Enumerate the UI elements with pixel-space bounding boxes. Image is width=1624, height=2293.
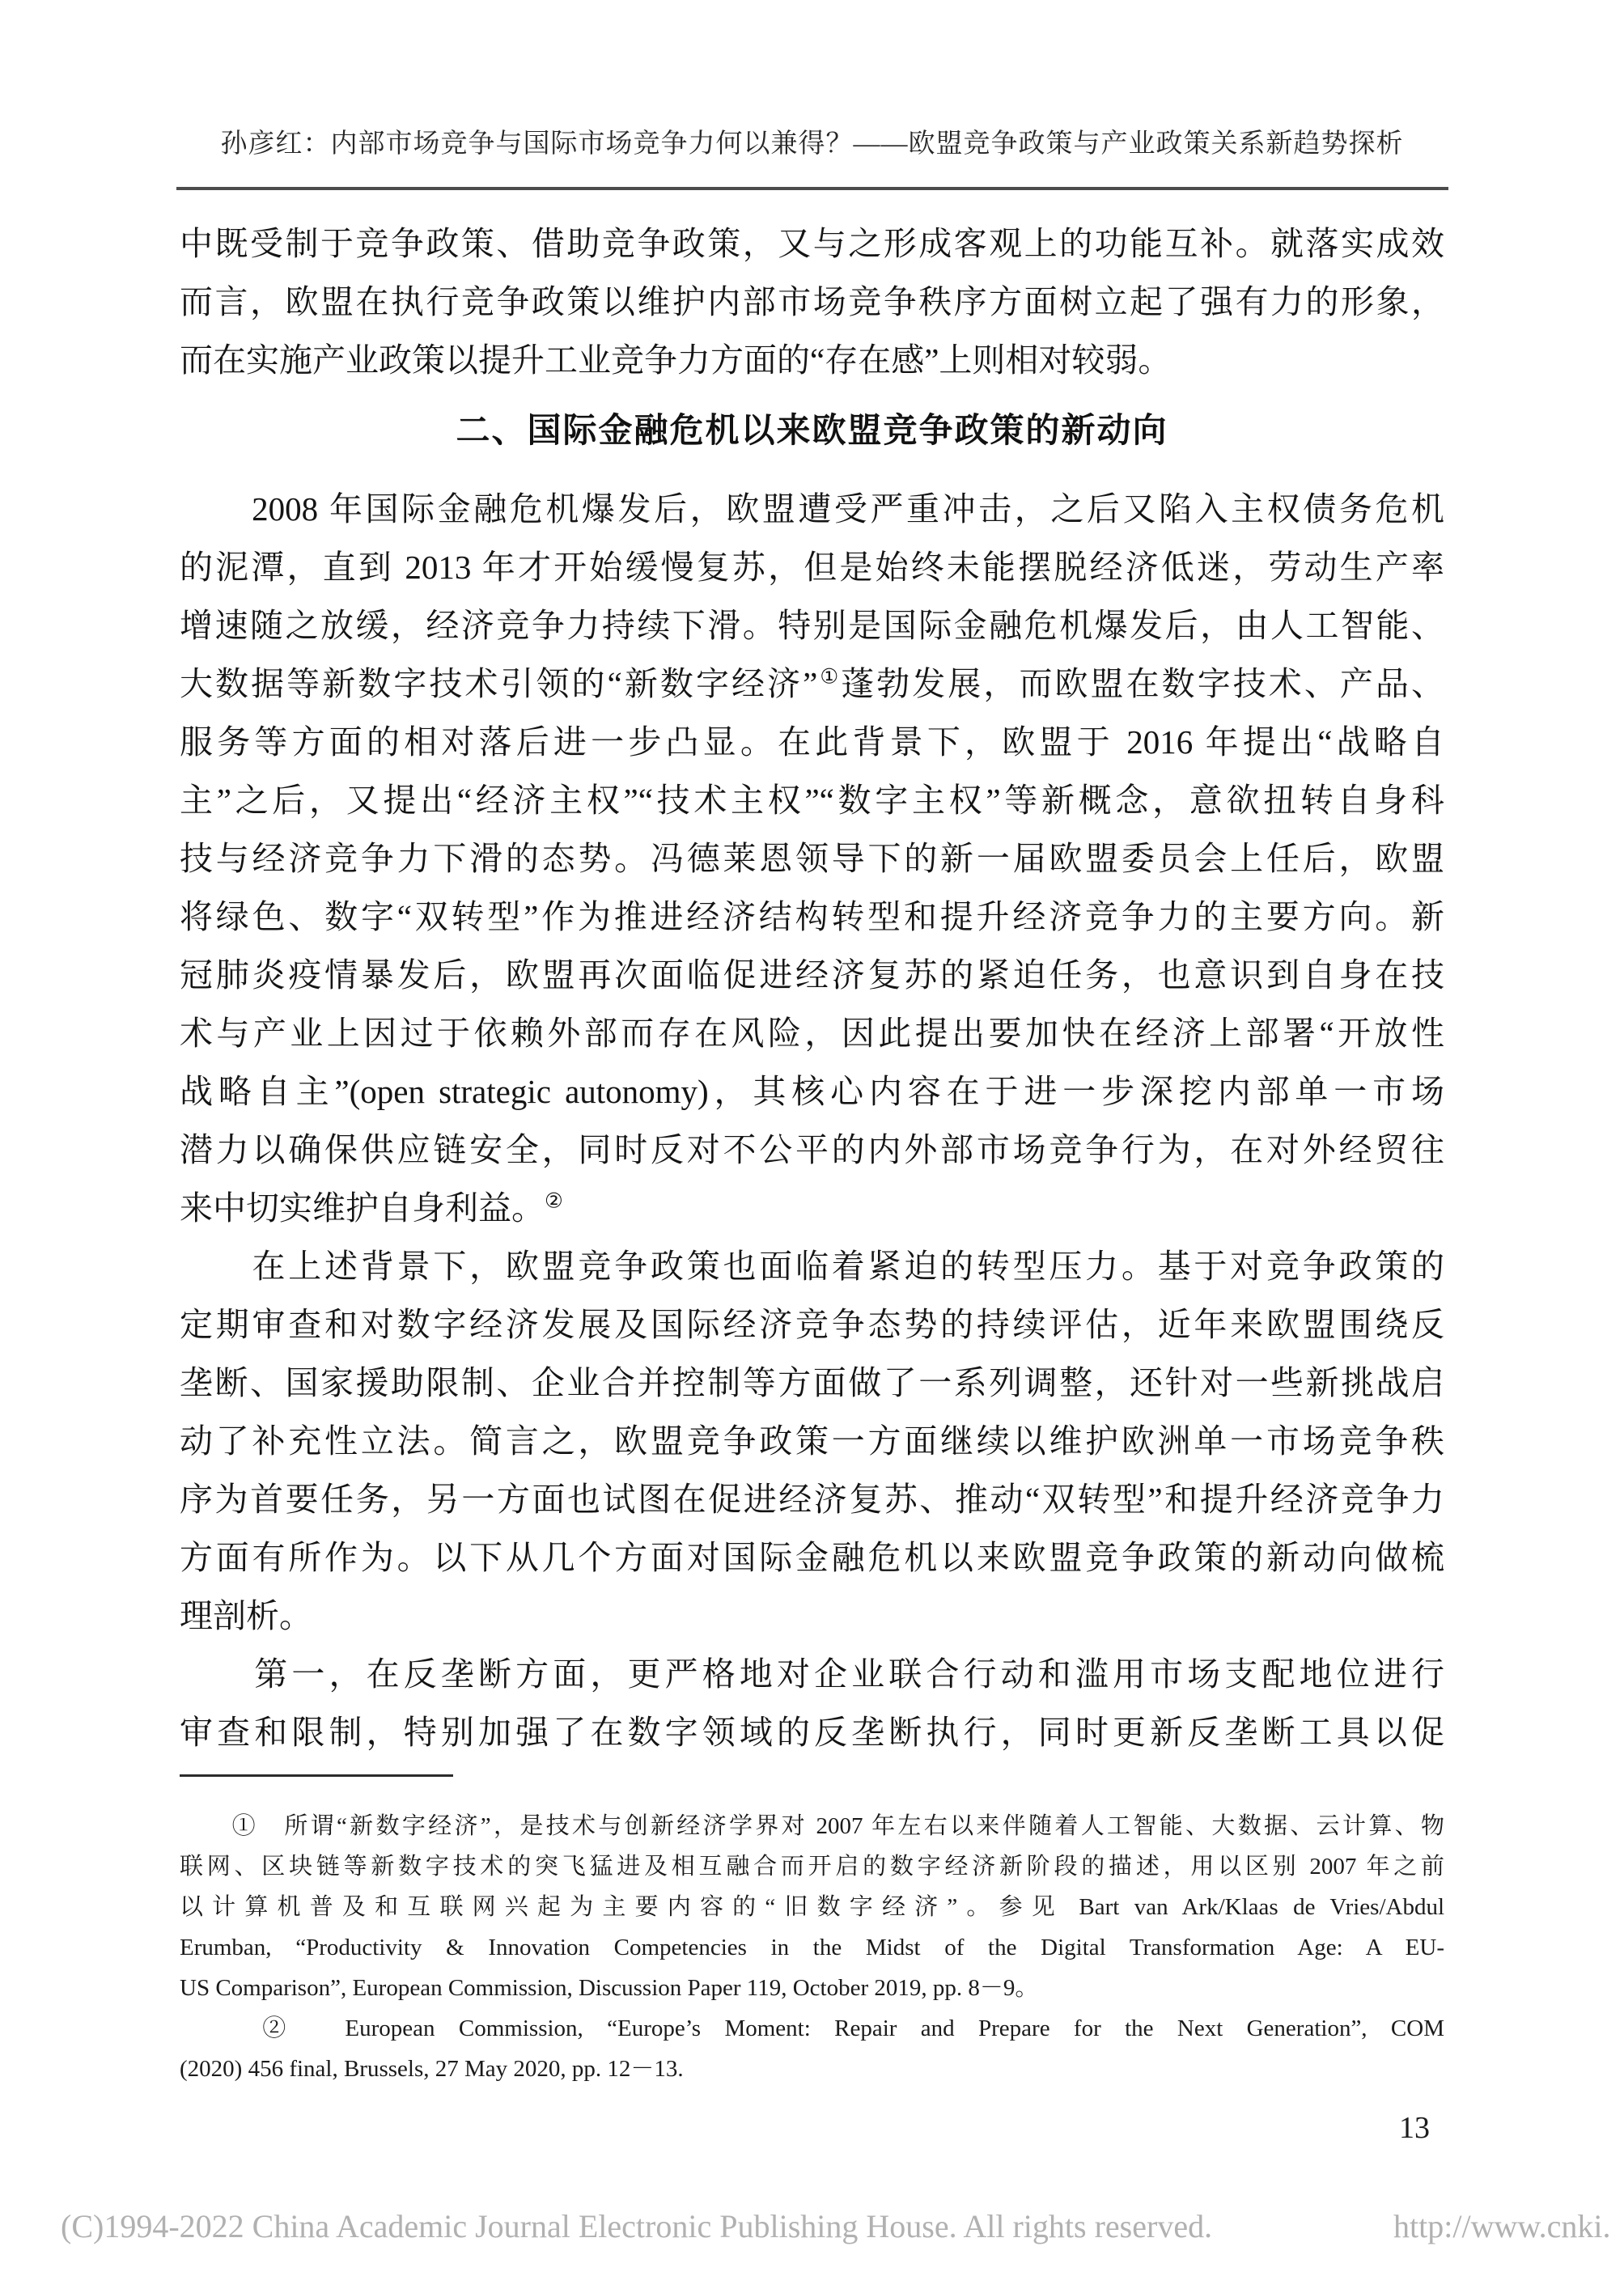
body-line: 术与产业上因过于依赖外部而存在风险，因此提出要加快在经济上部署“开放性 xyxy=(180,1004,1444,1062)
paragraph: 2008 年国际金融危机爆发后，欧盟遭受严重冲击，之后又陷入主权债务危机的泥潭，… xyxy=(180,480,1444,1237)
body-line: 主”之后，又提出“经济主权”“技术主权”“数字主权”等新概念，意欲扭转自身科 xyxy=(180,771,1444,829)
body-line: 动了补充性立法。简言之，欧盟竞争政策一方面继续以维护欧洲单一市场竞争秩 xyxy=(180,1412,1444,1470)
footnote-1: ① 所谓“新数字经济”，是技术与创新经济学界对 2007 年左右以来伴随着人工智… xyxy=(180,1806,1444,2008)
body-line: 在上述背景下，欧盟竞争政策也面临着紧迫的转型压力。基于对竞争政策的 xyxy=(180,1237,1444,1295)
body-line: 而在实施产业政策以提升工业竞争力方面的“存在感”上则相对较弱。 xyxy=(180,331,1444,389)
footnote-line: ② European Commission, “Europe’s Moment:… xyxy=(180,2008,1444,2049)
footnotes: ① 所谓“新数字经济”，是技术与创新经济学界对 2007 年左右以来伴随着人工智… xyxy=(180,1806,1444,2089)
body-line: 技与经济竞争力下滑的态势。冯德莱恩领导下的新一届欧盟委员会上任后，欧盟 xyxy=(180,829,1444,888)
body-line: 将绿色、数字“双转型”作为推进经济结构转型和提升经济竞争力的主要方向。新 xyxy=(180,888,1444,946)
body-line: 垄断、国家援助限制、企业合并控制等方面做了一系列调整，还针对一些新挑战启 xyxy=(180,1354,1444,1412)
running-header: 孙彦红：内部市场竞争与国际市场竞争力何以兼得？——欧盟竞争政策与产业政策关系新趋… xyxy=(180,126,1444,162)
footnote-line: 以计算机普及和互联网兴起为主要内容的“旧数字经济”。参见 Bart van Ar… xyxy=(180,1887,1444,1927)
section-heading: 二、国际金融危机以来欧盟竞争政策的新动向 xyxy=(180,399,1444,464)
body-line: 中既受制于竞争政策、借助竞争政策，又与之形成客观上的功能互补。就落实成效 xyxy=(180,214,1444,273)
copyright-watermark: (C)1994-2022 China Academic Journal Elec… xyxy=(0,2207,1624,2264)
body-line: 战略自主”(open strategic autonomy)，其核心内容在于进一… xyxy=(180,1062,1444,1121)
body-line: 理剖析。 xyxy=(180,1587,1444,1645)
body-line: 来中切实维护自身利益。② xyxy=(180,1179,1444,1237)
footnote-line: (2020) 456 final, Brussels, 27 May 2020,… xyxy=(180,2049,1444,2089)
footnote-line: Erumban, “Productivity & Innovation Comp… xyxy=(180,1927,1444,1968)
body-line: 大数据等新数字技术引领的“新数字经济”①蓬勃发展，而欧盟在数字技术、产品、 xyxy=(180,655,1444,713)
footnote-line: 联网、区块链等新数字技术的突飞猛进及相互融合而开启的数字经济新阶段的描述，用以区… xyxy=(180,1846,1444,1887)
body-line: 序为首要任务，另一方面也试图在促进经济复苏、推动“双转型”和提升经济竞争力 xyxy=(180,1470,1444,1528)
article-body: 中既受制于竞争政策、借助竞争政策，又与之形成客观上的功能互补。就落实成效而言，欧… xyxy=(180,214,1444,2089)
journal-page: 孙彦红：内部市场竞争与国际市场竞争力何以兼得？——欧盟竞争政策与产业政策关系新趋… xyxy=(0,0,1624,2293)
watermark-url: http://www.cnki. xyxy=(1393,2207,1611,2245)
body-line: 而言，欧盟在执行竞争政策以维护内部市场竞争秩序方面树立起了强有力的形象， xyxy=(180,273,1444,331)
body-line: 方面有所作为。以下从几个方面对国际金融危机以来欧盟竞争政策的新动向做梳 xyxy=(180,1528,1444,1587)
paragraph: 在上述背景下，欧盟竞争政策也面临着紧迫的转型压力。基于对竞争政策的定期审查和对数… xyxy=(180,1237,1444,1645)
header-rule xyxy=(176,187,1448,190)
body-line: 第一，在反垄断方面，更严格地对企业联合行动和滥用市场支配地位进行 xyxy=(180,1645,1444,1703)
footnote-divider xyxy=(180,1774,453,1777)
copyright-text: (C)1994-2022 China Academic Journal Elec… xyxy=(61,2207,1212,2245)
body-line: 的泥潭，直到 2013 年才开始缓慢复苏，但是始终未能摆脱经济低迷，劳动生产率 xyxy=(180,538,1444,596)
body-line: 潜力以确保供应链安全，同时反对不公平的内外部市场竞争行为，在对外经贸往 xyxy=(180,1121,1444,1179)
body-line: 2008 年国际金融危机爆发后，欧盟遭受严重冲击，之后又陷入主权债务危机 xyxy=(180,480,1444,538)
paragraph: 第一，在反垄断方面，更严格地对企业联合行动和滥用市场支配地位进行审查和限制，特别… xyxy=(180,1645,1444,1761)
body-line: 服务等方面的相对落后进一步凸显。在此背景下，欧盟于 2016 年提出“战略自 xyxy=(180,713,1444,771)
body-line: 定期审查和对数字经济发展及国际经济竞争态势的持续评估，近年来欧盟围绕反 xyxy=(180,1295,1444,1354)
body-line: 审查和限制，特别加强了在数字领域的反垄断执行，同时更新反垄断工具以促 xyxy=(180,1703,1444,1761)
footnote-line: US Comparison”, European Commission, Dis… xyxy=(180,1968,1444,2008)
footnote-line: ① 所谓“新数字经济”，是技术与创新经济学界对 2007 年左右以来伴随着人工智… xyxy=(180,1806,1444,1846)
paragraph-continued: 中既受制于竞争政策、借助竞争政策，又与之形成客观上的功能互补。就落实成效而言，欧… xyxy=(180,214,1444,389)
page-number: 13 xyxy=(180,2110,1430,2146)
body-line: 增速随之放缓，经济竞争力持续下滑。特别是国际金融危机爆发后，由人工智能、 xyxy=(180,596,1444,655)
footnote-2: ② European Commission, “Europe’s Moment:… xyxy=(180,2008,1444,2089)
body-line: 冠肺炎疫情暴发后，欧盟再次面临促进经济复苏的紧迫任务，也意识到自身在技 xyxy=(180,946,1444,1004)
footnote-marker: ② xyxy=(545,1189,563,1212)
footnote-marker: ① xyxy=(817,665,841,688)
